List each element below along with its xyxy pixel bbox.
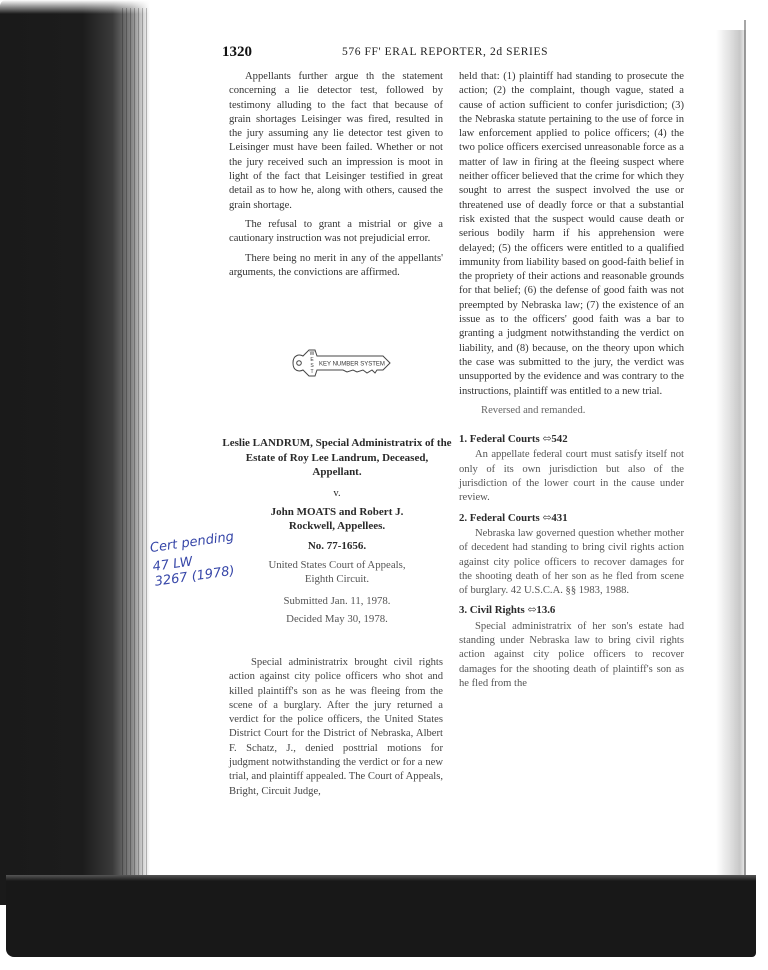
docket-number: No. 77-1656. bbox=[222, 540, 452, 552]
submitted-date: Submitted Jan. 11, 1978. bbox=[222, 595, 452, 607]
reporter-title: 576 FF' ERAL REPORTER, 2d SERIES bbox=[342, 46, 548, 58]
paragraph: There being no merit in any of the appel… bbox=[229, 252, 443, 281]
disposition: Reversed and remanded. bbox=[459, 404, 684, 418]
synopsis: Special administratrix brought civil rig… bbox=[229, 656, 443, 799]
versus: v. bbox=[222, 488, 452, 499]
appellees: John MOATS and Robert J. Rockwell, Appel… bbox=[222, 505, 452, 534]
headnote-title: 3. Civil Rights ⬄13.6 bbox=[459, 603, 684, 617]
headnote-title: 2. Federal Courts ⬄431 bbox=[459, 511, 684, 525]
case-caption: Leslie LANDRUM, Special Administratrix o… bbox=[222, 436, 452, 625]
scan-shadow-bottom bbox=[6, 875, 756, 957]
right-column: held that: (1) plaintiff had standing to… bbox=[459, 70, 684, 696]
page-number: 1320 bbox=[222, 44, 252, 61]
scan-edge-lines bbox=[122, 8, 150, 898]
holding: held that: (1) plaintiff had standing to… bbox=[459, 70, 684, 399]
appellant: Leslie LANDRUM, Special Administratrix o… bbox=[222, 436, 452, 480]
scan-edge-line-right bbox=[744, 20, 746, 880]
headnote-body: Special administratrix of her son's esta… bbox=[459, 620, 684, 691]
synopsis-text: Special administratrix brought civil rig… bbox=[229, 656, 443, 799]
headnote-title: 1. Federal Courts ⬄542 bbox=[459, 432, 684, 446]
headnote-body: An appellate federal court must satisfy … bbox=[459, 448, 684, 505]
left-column: Appellants further argue th the statemen… bbox=[229, 70, 443, 285]
paragraph: The refusal to grant a mistrial or give … bbox=[229, 218, 443, 247]
decided-date: Decided May 30, 1978. bbox=[222, 613, 452, 625]
svg-text:KEY NUMBER SYSTEM: KEY NUMBER SYSTEM bbox=[319, 362, 385, 368]
key-number-system-icon: W E S T KEY NUMBER SYSTEM bbox=[287, 346, 393, 380]
svg-text:T: T bbox=[310, 369, 313, 375]
scan-shadow-right bbox=[716, 30, 746, 880]
court-name: United States Court of Appeals, Eighth C… bbox=[222, 558, 452, 587]
paragraph: Appellants further argue th the statemen… bbox=[229, 70, 443, 213]
running-head: 1320 576 FF' ERAL REPORTER, 2d SERIES bbox=[222, 44, 692, 62]
headnote-body: Nebraska law governed question whether m… bbox=[459, 527, 684, 598]
